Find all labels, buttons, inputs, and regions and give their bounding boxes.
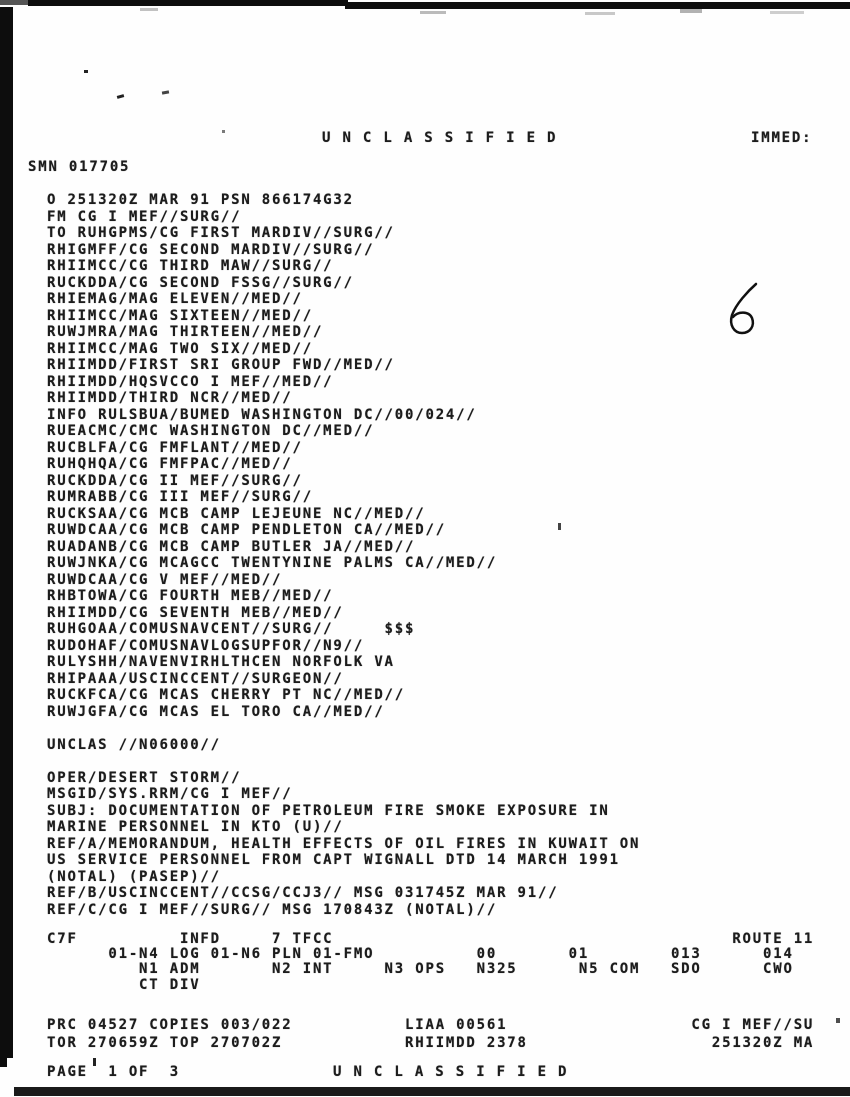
message-body-text: O 251320Z MAR 91 PSN 866174G32FM CG I ME…: [47, 192, 640, 918]
document-line: (NOTAL) (PASEP)//: [47, 869, 640, 886]
scan-speckle: [222, 130, 225, 133]
document-line: [47, 720, 640, 737]
scan-speckle: [117, 94, 125, 99]
classification-banner-top: U N C L A S S I F I E D: [322, 130, 557, 146]
document-line: MARINE PERSONNEL IN KTO (U)//: [47, 819, 640, 836]
document-line: RUCKDDA/CG II MEF//SURG//: [47, 473, 640, 490]
routing-line: C7F INFD 7 TFCC ROUTE 11: [47, 932, 814, 947]
routing-line: N1 ADM N2 INT N3 OPS N325 N5 COM SDO CWO: [47, 962, 814, 977]
document-line: REF/A/MEMORANDUM, HEALTH EFFECTS OF OIL …: [47, 836, 640, 853]
document-line: RUHGOAA/COMUSNAVCENT//SURG// $$$: [47, 621, 640, 638]
scan-speckle: [84, 70, 88, 73]
document-line: REF/C/CG I MEF//SURG// MSG 170843Z (NOTA…: [47, 902, 640, 919]
document-line: OPER/DESERT STORM//: [47, 770, 640, 787]
document-line: RUCBLFA/CG FMFLANT//MED//: [47, 440, 640, 457]
scan-edge-bottom-strip: [14, 1087, 850, 1096]
document-line: [47, 753, 640, 770]
scan-speckle: [770, 11, 804, 14]
processing-data-block: PRC 04527 COPIES 003/022 LIAA 00561 CG I…: [47, 1017, 814, 1052]
scan-edge-left-bar-foot: [0, 1055, 7, 1067]
scan-speckle: [162, 90, 169, 94]
document-line: RHIPAAA/USCINCCENT//SURGEON//: [47, 671, 640, 688]
document-line: TO RUHGPMS/CG FIRST MARDIV//SURG//: [47, 225, 640, 242]
document-line: REF/B/USCINCCENT//CCSG/CCJ3// MSG 031745…: [47, 885, 640, 902]
document-line: US SERVICE PERSONNEL FROM CAPT WIGNALL D…: [47, 852, 640, 869]
document-line: RHIGMFF/CG SECOND MARDIV//SURG//: [47, 242, 640, 259]
document-line: RUWJGFA/CG MCAS EL TORO CA//MED//: [47, 704, 640, 721]
document-line: INFO RULSBUA/BUMED WASHINGTON DC//00/024…: [47, 407, 640, 424]
document-line: RHIEMAG/MAG ELEVEN//MED//: [47, 291, 640, 308]
document-line: RUADANB/CG MCB CAMP BUTLER JA//MED//: [47, 539, 640, 556]
message-serial-number: SMN 017705: [28, 159, 130, 175]
document-line: O 251320Z MAR 91 PSN 866174G32: [47, 192, 640, 209]
precedence-marking: IMMED:: [751, 130, 812, 146]
handwritten-six-note: [724, 282, 760, 336]
document-line: RUWJMRA/MAG THIRTEEN//MED//: [47, 324, 640, 341]
document-line: RUWJNKA/CG MCAGCC TWENTYNINE PALMS CA//M…: [47, 555, 640, 572]
page-number-label: PAGE 1 OF 3: [47, 1064, 180, 1080]
document-line: RHIIMDD/THIRD NCR//MED//: [47, 390, 640, 407]
scan-speckle: [140, 8, 158, 11]
processing-line: PRC 04527 COPIES 003/022 LIAA 00561 CG I…: [47, 1017, 814, 1035]
document-line: RUCKSAA/CG MCB CAMP LEJEUNE NC//MED//: [47, 506, 640, 523]
scan-speckle: [420, 11, 446, 14]
document-line: RHIIMDD/CG SEVENTH MEB//MED//: [47, 605, 640, 622]
scan-speckle: [680, 9, 702, 13]
document-line: RHIIMDD/FIRST SRI GROUP FWD//MED//: [47, 357, 640, 374]
scan-speckle: [585, 12, 615, 15]
document-line: RUEACMC/CMC WASHINGTON DC//MED//: [47, 423, 640, 440]
document-line: RUCKDDA/CG SECOND FSSG//SURG//: [47, 275, 640, 292]
document-line: RHBTOWA/CG FOURTH MEB//MED//: [47, 588, 640, 605]
scan-edge-top-strip-right: [345, 2, 850, 9]
routing-line: 01-N4 LOG 01-N6 PLN 01-FMO 00 01 013 014: [47, 947, 814, 962]
document-line: RUDOHAF/COMUSNAVLOGSUPFOR//N9//: [47, 638, 640, 655]
document-line: MSGID/SYS.RRM/CG I MEF//: [47, 786, 640, 803]
document-line: FM CG I MEF//SURG//: [47, 209, 640, 226]
document-line: RUWDCAA/CG MCB CAMP PENDLETON CA//MED//: [47, 522, 640, 539]
scan-edge-left-bar: [0, 7, 13, 1058]
document-line: RUWDCAA/CG V MEF//MED//: [47, 572, 640, 589]
processing-line: TOR 270659Z TOP 270702Z RHIIMDD 2378 251…: [47, 1035, 814, 1053]
document-line: RHIIMDD/HQSVCCO I MEF//MED//: [47, 374, 640, 391]
document-line: SUBJ: DOCUMENTATION OF PETROLEUM FIRE SM…: [47, 803, 640, 820]
classification-banner-bottom: U N C L A S S I F I E D: [333, 1064, 568, 1080]
scan-edge-top-left-segment: [0, 0, 30, 5]
routing-code-block: C7F INFD 7 TFCC ROUTE 11 01-N4 LOG 01-N6…: [47, 932, 814, 993]
scan-edge-top-strip: [28, 0, 348, 6]
document-line: RHIIMCC/MAG SIXTEEN//MED//: [47, 308, 640, 325]
document-line: RHIIMCC/CG THIRD MAW//SURG//: [47, 258, 640, 275]
document-line: RULYSHH/NAVENVIRHLTHCEN NORFOLK VA: [47, 654, 640, 671]
document-line: RUCKFCA/CG MCAS CHERRY PT NC//MED//: [47, 687, 640, 704]
document-line: UNCLAS //N06000//: [47, 737, 640, 754]
document-line: RUHQHQA/CG FMFPAC//MED//: [47, 456, 640, 473]
scan-speckle: [836, 1018, 840, 1023]
document-line: RUMRABB/CG III MEF//SURG//: [47, 489, 640, 506]
routing-line: CT DIV: [47, 978, 814, 993]
scanned-message-page: U N C L A S S I F I E D IMMED: SMN 01770…: [0, 0, 850, 1097]
document-line: RHIIMCC/MAG TWO SIX//MED//: [47, 341, 640, 358]
